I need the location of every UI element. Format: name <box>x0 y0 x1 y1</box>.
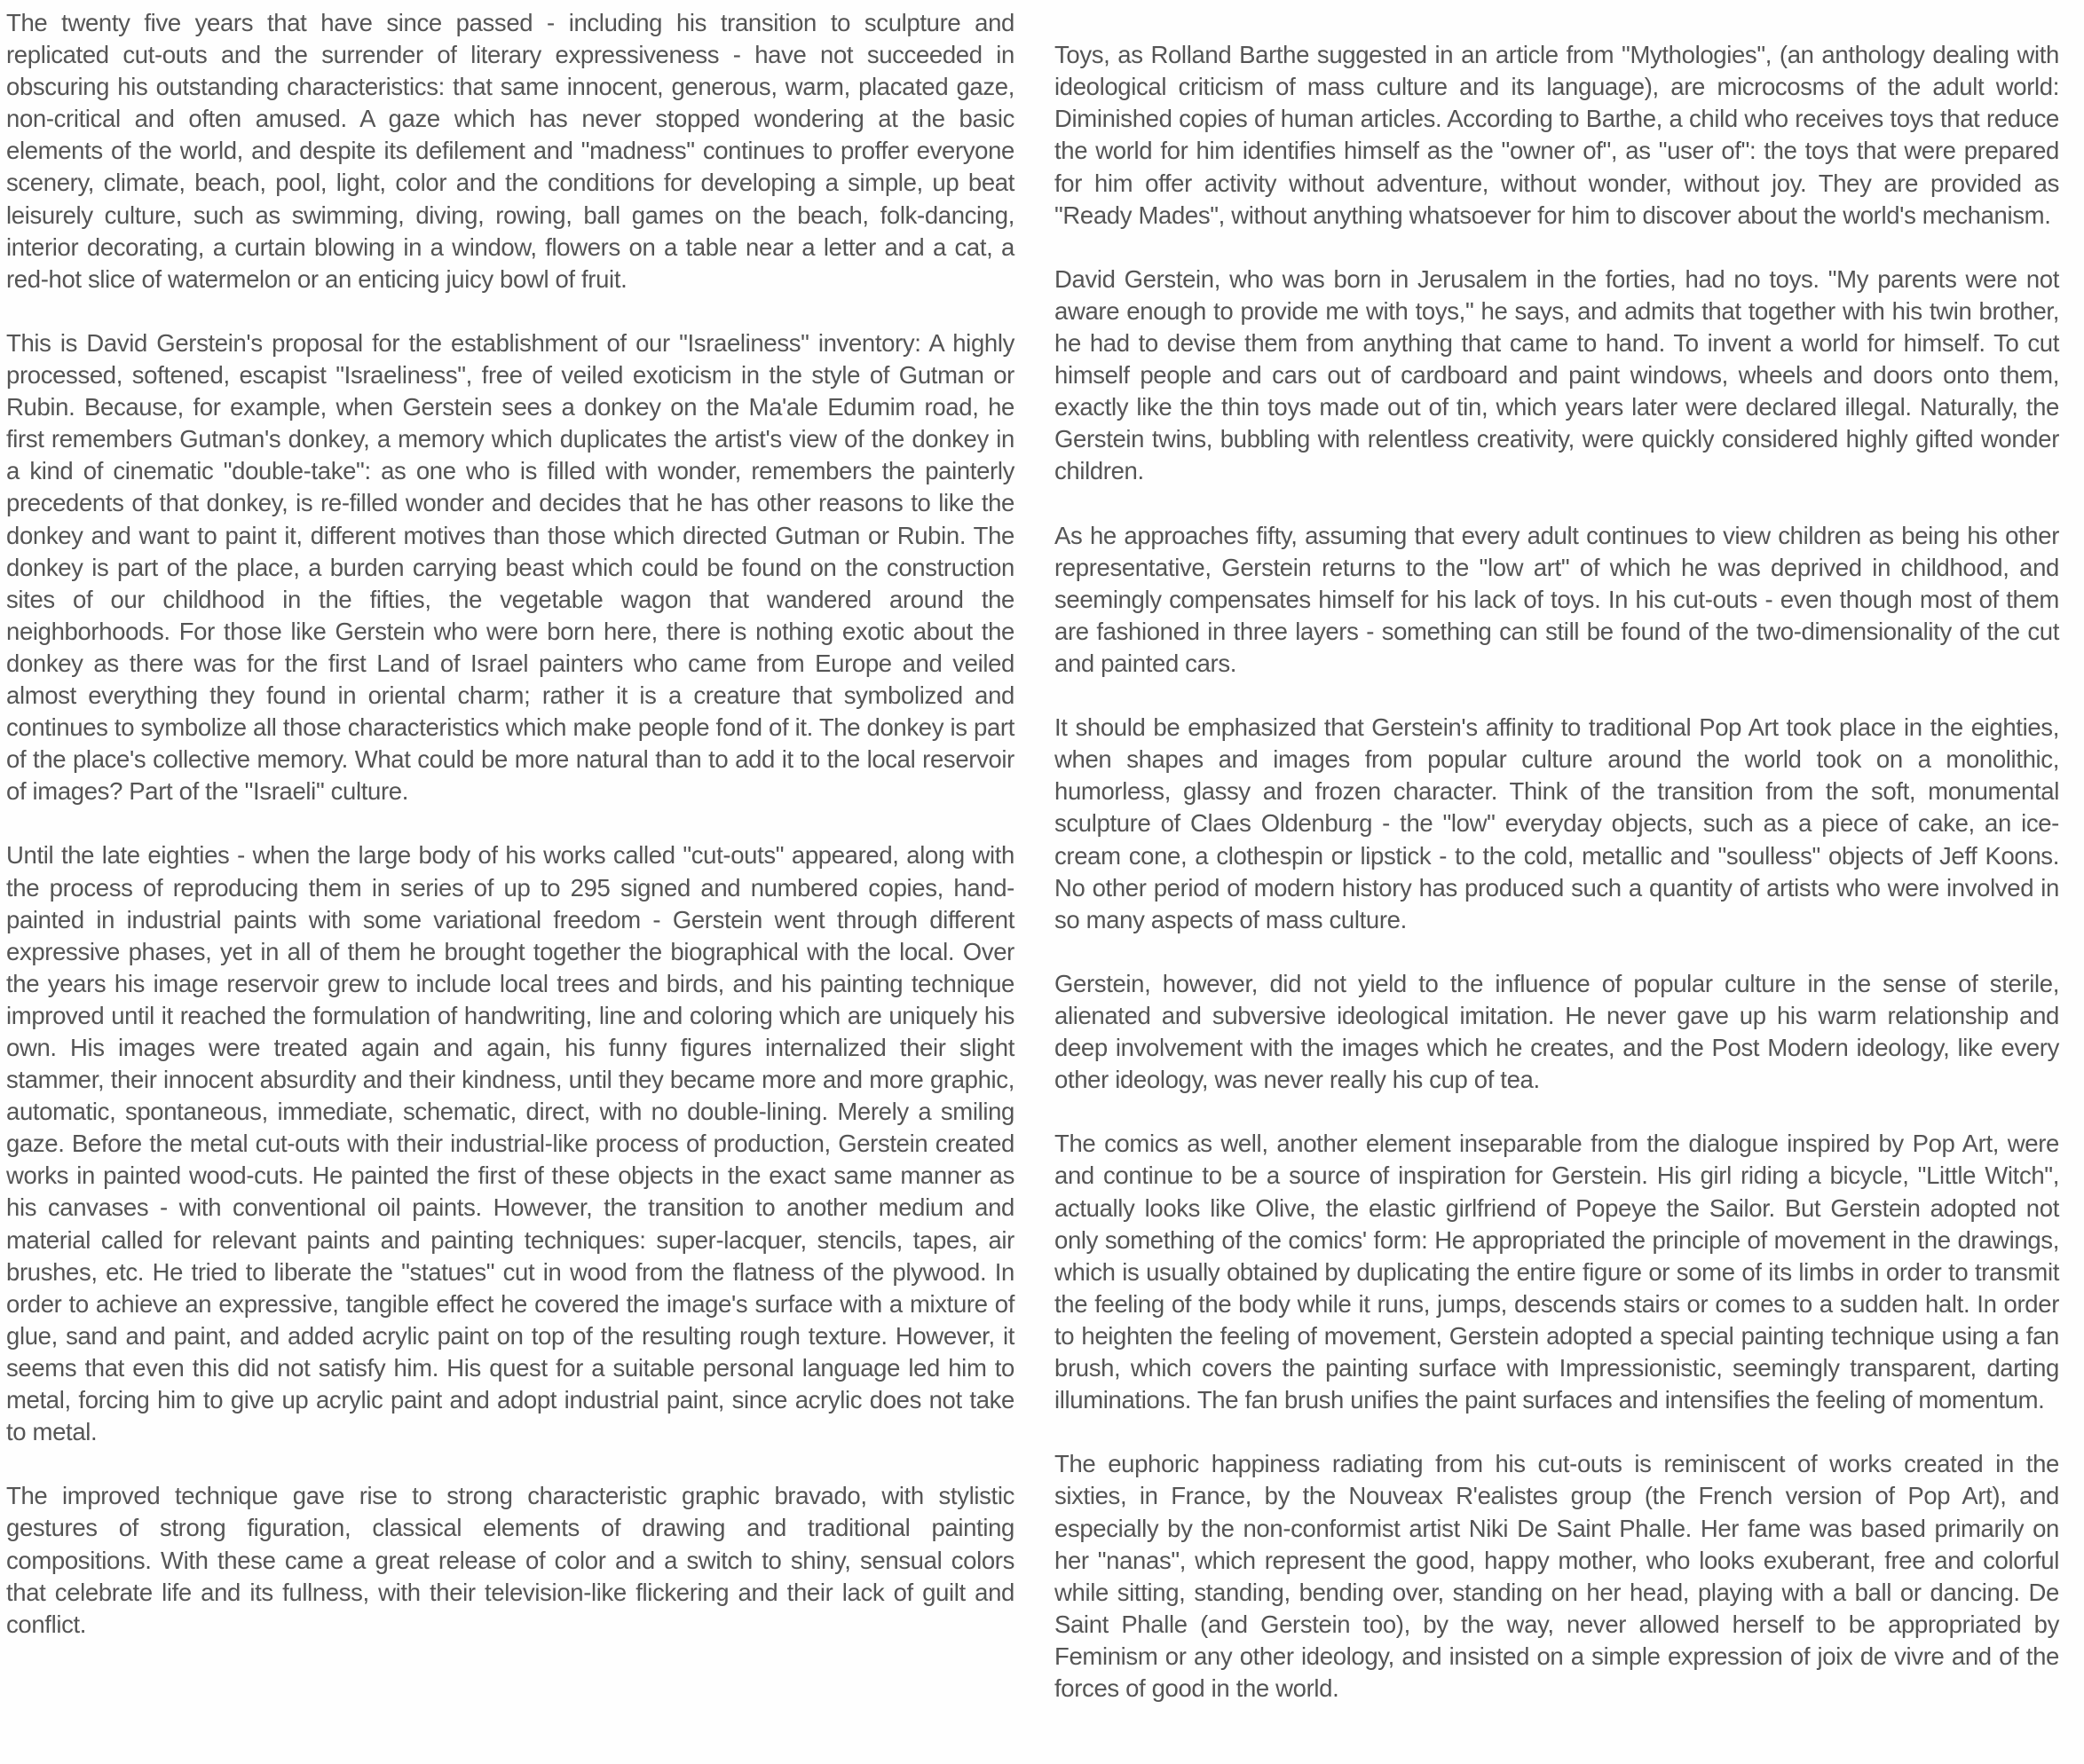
paragraph: This is David Gerstein's proposal for th… <box>6 327 1014 807</box>
paragraph: Gerstein, however, did not yield to the … <box>1054 968 2059 1096</box>
paragraph: The improved technique gave rise to stro… <box>6 1480 1014 1640</box>
right-text-column: Toys, as Rolland Barthe suggested in an … <box>1054 0 2059 1736</box>
paragraph: Toys, as Rolland Barthe suggested in an … <box>1054 39 2059 232</box>
paragraph: Until the late eighties - when the large… <box>6 839 1014 1448</box>
paragraph: The comics as well, another element inse… <box>1054 1128 2059 1416</box>
paragraph: The twenty five years that have since pa… <box>6 7 1014 295</box>
clipped-previous-line <box>1054 0 2059 7</box>
paragraph: It should be emphasized that Gerstein's … <box>1054 712 2059 936</box>
paragraph: The euphoric happiness radiating from hi… <box>1054 1448 2059 1705</box>
paragraph: As he approaches fifty, assuming that ev… <box>1054 520 2059 680</box>
paragraph: David Gerstein, who was born in Jerusale… <box>1054 264 2059 488</box>
left-text-column: The twenty five years that have since pa… <box>6 7 1014 1673</box>
